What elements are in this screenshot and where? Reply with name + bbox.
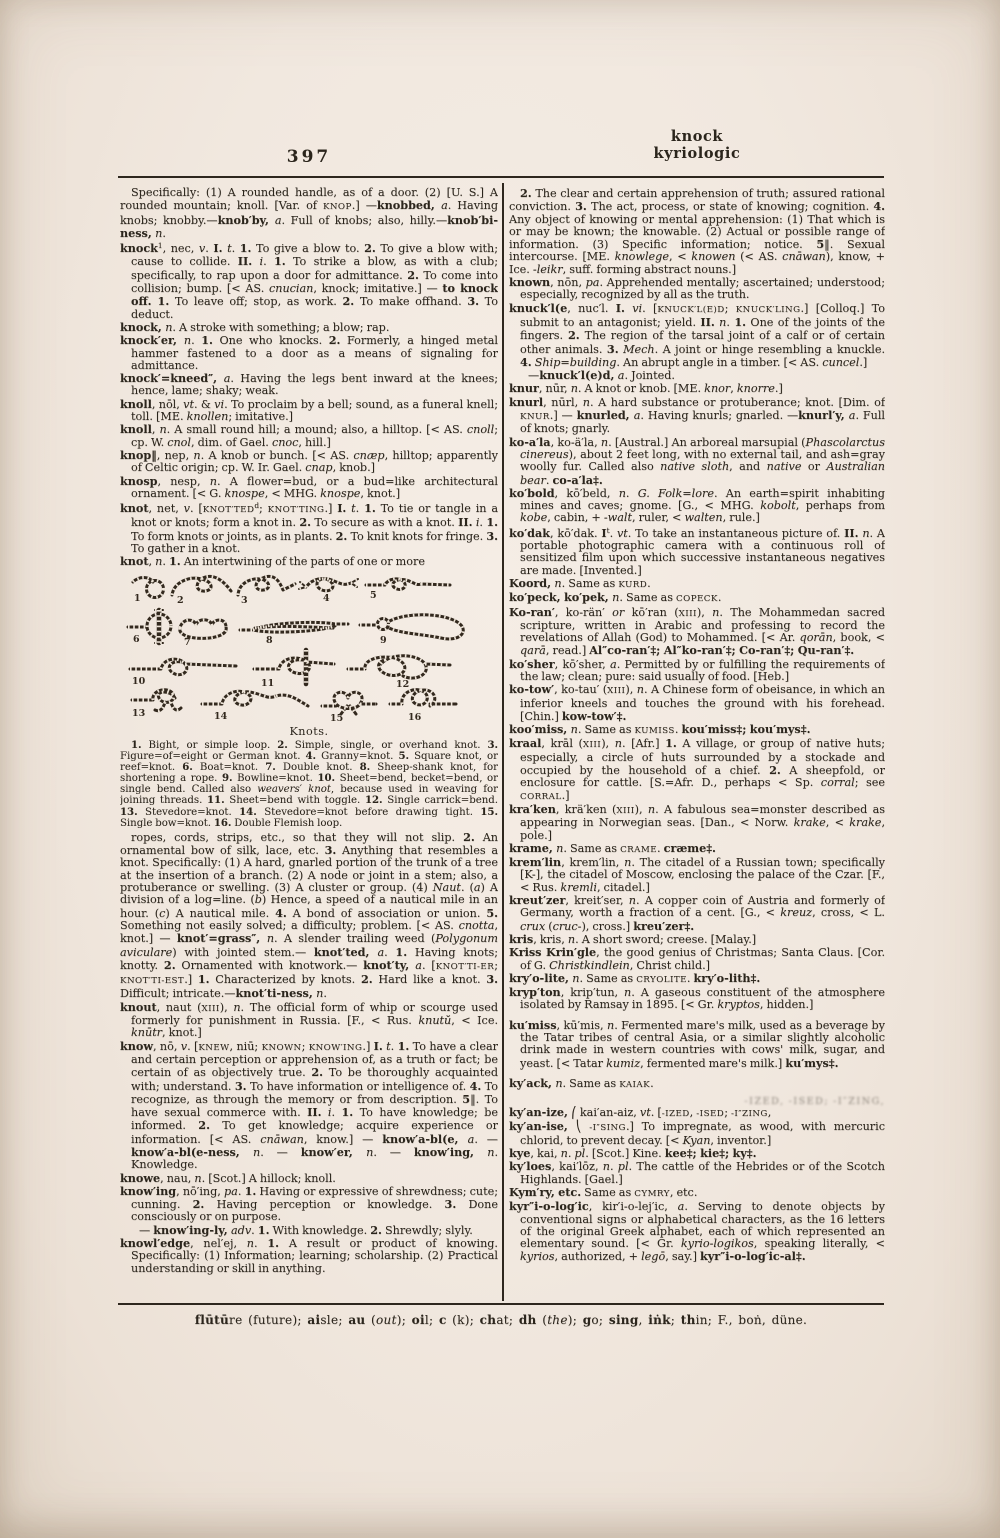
dictionary-entry: knout, naut (XIII), n. The official form… bbox=[120, 1001, 498, 1040]
dictionary-entry: knowe, nau, n. [Scot.] A hillock; knoll. bbox=[120, 1172, 498, 1185]
dictionary-entry: ko-a′la, ko-ä′la, n. [Austral.] An arbor… bbox=[509, 436, 885, 487]
top-rule bbox=[118, 176, 884, 178]
knot-number-label: 5 bbox=[370, 590, 377, 601]
dictionary-entry: ko′bold, kō′beld, n. G. Folk=lore. An ea… bbox=[509, 487, 885, 525]
dictionary-entry: know, nō, v. [KNEW, niū; KNOWN; KNOW′ING… bbox=[120, 1040, 498, 1172]
right-column: 2. The clear and certain apprehension of… bbox=[509, 187, 885, 1301]
dictionary-entry: —knuck′l(e)d, a. Jointed. bbox=[509, 369, 885, 382]
dictionary-entry: ky′an-ise, ⎝ -I″SING.] To impregnate, as… bbox=[509, 1120, 885, 1147]
dictionary-page: 397 knock kyriologic Specifically: (1) A… bbox=[0, 0, 1000, 1538]
dictionary-entry: knosp, nesp, n. A flower=bud, or a bud=l… bbox=[120, 475, 498, 501]
knot-number-label: 16 bbox=[408, 712, 422, 723]
knot-number-label: 1 bbox=[134, 593, 141, 604]
dictionary-entry: ky′ack, n. Same as KAIAK. bbox=[509, 1077, 885, 1091]
dictionary-entry: ko′dak, kō′dak. It. vt. To take an insta… bbox=[509, 525, 885, 577]
running-head: knock kyriologic bbox=[509, 129, 885, 162]
dictionary-entry: kreut′zer, kreit′ser, n. A copper coin o… bbox=[509, 894, 885, 933]
column-divider-rule bbox=[502, 183, 504, 1301]
knot-number-label: 8 bbox=[266, 635, 273, 646]
dictionary-entry: Kym′ry, etc. Same as CYMRY, etc. bbox=[509, 1186, 885, 1200]
print-artifact: -IZED, -ISED; -I″ZING, bbox=[509, 1097, 885, 1106]
knot-number-label: 15 bbox=[330, 713, 343, 724]
dictionary-entry: knock′er, n. 1. One who knocks. 2. Forme… bbox=[120, 334, 498, 372]
dictionary-entry: knoll, nōl, vt. & vi. To proclaim by a b… bbox=[120, 398, 498, 424]
dictionary-entry: knock1, nec, v. I. t. 1. To give a blow … bbox=[120, 240, 498, 321]
dictionary-entry: kra′ken, krä′ken (XIII), n. A fabulous s… bbox=[509, 803, 885, 842]
knot-number-label: 14 bbox=[214, 711, 228, 722]
dictionary-entry: kryp′ton, krip′tun, n. A gaseous constit… bbox=[509, 986, 885, 1012]
knots-figure: 12345678910111213141516 bbox=[120, 573, 498, 725]
dictionary-entry: Koord, n. Same as KURD. bbox=[509, 577, 885, 591]
dictionary-entry: kry′o-lite, n. Same as CRYOLITE. kry′o-l… bbox=[509, 972, 885, 986]
dictionary-entry: knot, net, v. [KNOT′TEDd; KNOT′TING.] I.… bbox=[120, 500, 498, 555]
knots-illustration: 12345678910111213141516 bbox=[120, 573, 494, 725]
pronunciation-key: flūtūre (future); aisle; au (out); oil; … bbox=[118, 1313, 884, 1327]
dictionary-entry: ko-tow′, ko-tau′ (XIII), n. A Chinese fo… bbox=[509, 683, 885, 723]
dictionary-entry: kraal, krāl (XIII), n. [Afr.] 1. A villa… bbox=[509, 737, 885, 802]
left-column-top: Specifically: (1) A rounded handle, as o… bbox=[120, 187, 498, 569]
knot-number-label: 4 bbox=[323, 593, 330, 604]
dictionary-entry: knot, n. 1. An intertwining of the parts… bbox=[120, 555, 498, 568]
dictionary-entry: Kriss Krin′gle, the good genius of Chris… bbox=[509, 946, 885, 972]
dictionary-entry: knock, n. A stroke with something; a blo… bbox=[120, 321, 498, 334]
dictionary-entry: ku′miss, kū′mis, n. Fermented mare's mil… bbox=[509, 1019, 885, 1070]
page-number: 397 bbox=[120, 147, 498, 167]
dictionary-entry: knop‖, nep, n. A knob or bunch. [< AS. c… bbox=[120, 449, 498, 475]
knot-number-label: 2 bbox=[177, 595, 184, 606]
knot-number-label: 12 bbox=[396, 679, 409, 690]
knot-number-label: 9 bbox=[380, 635, 387, 646]
dictionary-entry: ropes, cords, strips, etc., so that they… bbox=[120, 831, 498, 1001]
knot-number-label: 10 bbox=[132, 676, 146, 687]
dictionary-entry: kris, kris, n. A short sword; creese. [M… bbox=[509, 933, 885, 946]
dictionary-entry: krem′lin, krem′lin, n. The citadel of a … bbox=[509, 856, 885, 894]
knot-number-label: 7 bbox=[184, 637, 191, 648]
dictionary-entry: ky′loes, kai′lōz, n. pl. The cattle of t… bbox=[509, 1160, 885, 1186]
knot-number-label: 3 bbox=[241, 595, 248, 606]
dictionary-entry: ko′peck, ko′pek, n. Same as COPECK. bbox=[509, 591, 885, 605]
dictionary-entry: krame, n. Same as CRAME. cræme‡. bbox=[509, 842, 885, 856]
dictionary-entry: knuck′l(e, nuc′l. I. vi. [KNUCK′L(E)D; K… bbox=[509, 302, 885, 369]
dictionary-entry: koo′miss, n. Same as KUMISS. kou′miss‡; … bbox=[509, 723, 885, 737]
knot-number-label: 11 bbox=[261, 678, 274, 689]
dictionary-entry: kyr″i-o-log′ic, kir′i-o-lej′ic, a. Servi… bbox=[509, 1200, 885, 1263]
dictionary-entry: kye, kai, n. pl. [Scot.] Kine. kee‡; kie… bbox=[509, 1147, 885, 1160]
dictionary-entry: knur, nūr, n. A knot or knob. [ME. knor,… bbox=[509, 382, 885, 395]
dictionary-entry: — know′ing-ly, adv. 1. With knowledge. 2… bbox=[120, 1224, 498, 1237]
figure-legend: 1. Bight, or simple loop. 2. Simple, sin… bbox=[120, 740, 498, 829]
bottom-rule bbox=[118, 1303, 884, 1305]
running-head-first-word: knock bbox=[509, 129, 885, 146]
running-head-last-word: kyriologic bbox=[509, 146, 885, 163]
dictionary-entry: knurl, nūrl, n. A hard substance or prot… bbox=[509, 396, 885, 436]
left-column-bottom: ropes, cords, strips, etc., so that they… bbox=[120, 831, 498, 1275]
dictionary-entry: Ko-ran′, ko-rän′ or kō′ran (XIII), n. Th… bbox=[509, 606, 885, 658]
dictionary-entry: knock′=kneed″, a. Having the legs bent i… bbox=[120, 372, 498, 398]
knot-number-label: 13 bbox=[132, 708, 145, 719]
dictionary-entry: ky′an-ize, ⎛ kai′an-aiz, vt. [-IZED, -IS… bbox=[509, 1106, 885, 1120]
dictionary-entry: knoll, n. A small round hill; a mound; a… bbox=[120, 423, 498, 449]
figure-caption: Knots. bbox=[120, 725, 498, 738]
dictionary-entry: known, nōn, pa. Apprehended mentally; as… bbox=[509, 276, 885, 302]
left-column: Specifically: (1) A rounded handle, as o… bbox=[120, 187, 498, 1301]
dictionary-entry: Specifically: (1) A rounded handle, as o… bbox=[120, 187, 498, 240]
knot-number-label: 6 bbox=[133, 634, 140, 645]
dictionary-entry: ko′sher, kō′sher, a. Permitted by or ful… bbox=[509, 658, 885, 684]
dictionary-entry: knowl′edge, nel′ej, n. 1. A result or pr… bbox=[120, 1237, 498, 1275]
dictionary-entry: 2. The clear and certain apprehension of… bbox=[509, 187, 885, 276]
dictionary-entry: know′ing, nō′ing, pa. 1. Having or expre… bbox=[120, 1185, 498, 1224]
